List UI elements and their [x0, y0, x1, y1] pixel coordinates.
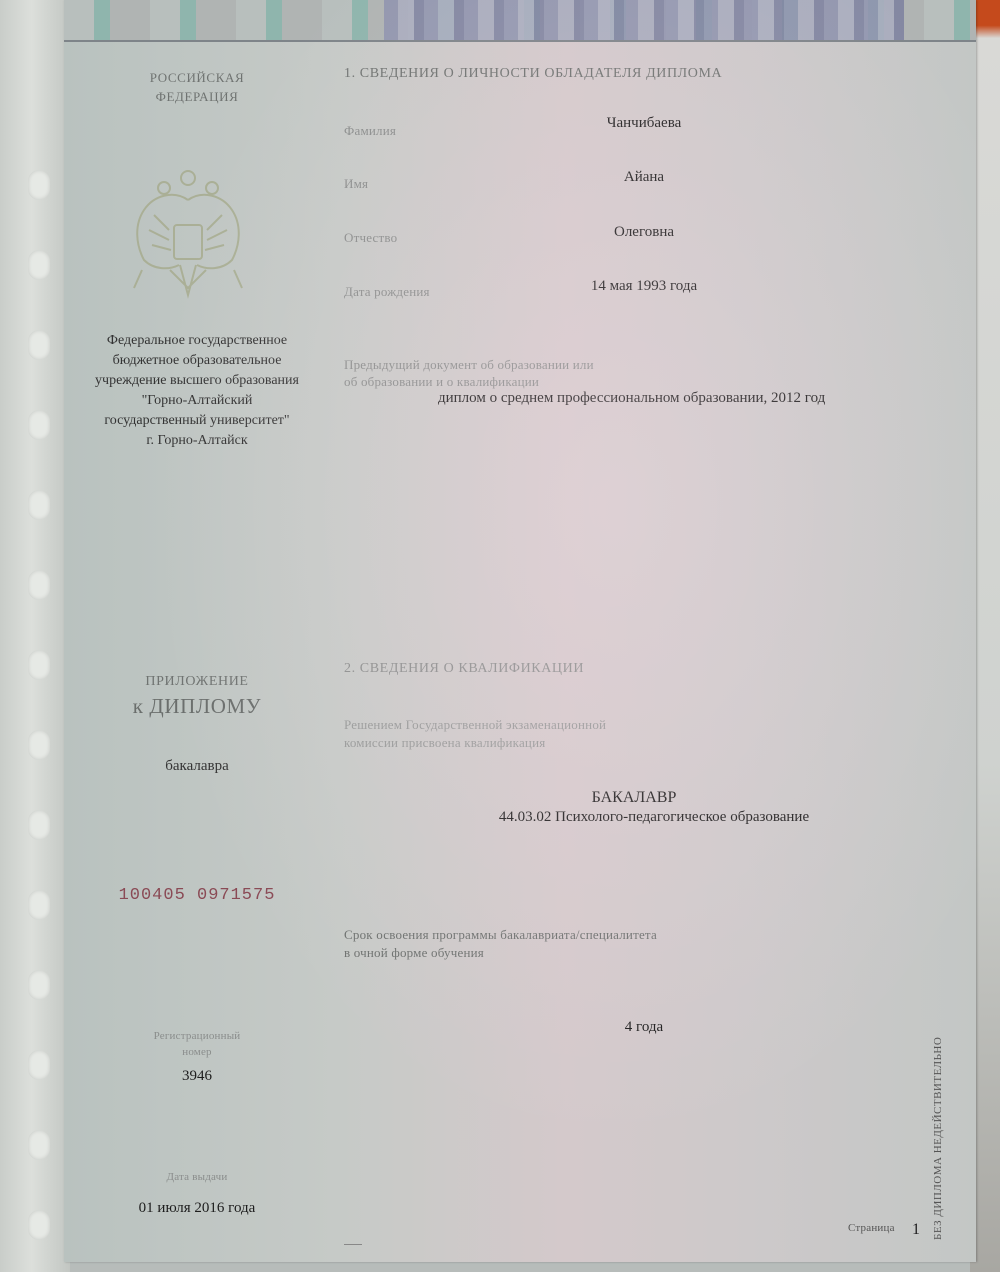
plastic-sleeve	[0, 0, 70, 1272]
punch-hole	[28, 330, 50, 360]
punch-hole	[28, 1130, 50, 1160]
birthdate-value: 14 мая 1993 года	[544, 278, 744, 295]
punch-hole	[28, 810, 50, 840]
page-label: Страница	[848, 1222, 895, 1234]
institution-line: "Горно-Алтайский	[64, 391, 330, 411]
section2-title: 2. СВЕДЕНИЯ О КВАЛИФИКАЦИИ	[344, 661, 584, 677]
punch-hole	[28, 1210, 50, 1240]
punch-hole	[28, 250, 50, 280]
institution-line: учреждение высшего образования	[64, 371, 330, 391]
punch-hole	[28, 170, 50, 200]
punch-hole	[28, 730, 50, 760]
prev-doc-label-line2: об образовании и о квалификации	[344, 373, 594, 390]
program-value: 44.03.02 Психолого-педагогическое образо…	[474, 809, 834, 826]
registration-label: Регистрационный номер	[64, 1028, 330, 1060]
serial-number: 100405 0971575	[64, 886, 330, 905]
issue-date-label: Дата выдачи	[64, 1171, 330, 1183]
duration-label-line2: в очной форме обучения	[344, 944, 657, 962]
russian-coat-of-arms-icon	[124, 170, 252, 300]
prev-doc-label: Предыдущий документ об образовании или о…	[344, 356, 594, 390]
punch-hole	[28, 410, 50, 440]
punch-hole	[28, 890, 50, 920]
validity-note: БЕЗ ДИПЛОМА НЕДЕЙСТВИТЕЛЬНО	[932, 1037, 944, 1240]
appendix-title-line1: ПРИЛОЖЕНИЕ	[64, 674, 330, 690]
duration-label: Срок освоения программы бакалавриата/спе…	[344, 926, 657, 962]
institution-line: г. Горно-Алтайск	[64, 431, 330, 451]
institution-line: государственный университет"	[64, 411, 330, 431]
institution-name: Федеральное государственное бюджетное об…	[64, 331, 330, 451]
issue-date: 01 июля 2016 года	[64, 1200, 330, 1217]
name-label: Имя	[344, 176, 368, 192]
decision-line2: комиссии присвоена квалификация	[344, 734, 606, 752]
qualification-decision-label: Решением Государственной экзаменационной…	[344, 716, 606, 752]
name-value: Айана	[544, 169, 744, 186]
punch-hole	[28, 970, 50, 1000]
patronymic-label: Отчество	[344, 230, 397, 246]
page-number: 1	[912, 1221, 920, 1239]
surname-value: Чанчибаева	[544, 115, 744, 132]
patronymic-value: Олеговна	[544, 224, 744, 241]
registration-number: 3946	[64, 1068, 330, 1085]
diploma-appendix-page: РОССИЙСКАЯ ФЕДЕРАЦИЯ Федеральное государ…	[64, 0, 976, 1262]
birthdate-label: Дата рождения	[344, 284, 430, 300]
punch-hole	[28, 490, 50, 520]
degree-level: бакалавра	[64, 758, 330, 775]
registration-label-line2: номер	[64, 1044, 330, 1060]
duration-value: 4 года	[544, 1019, 744, 1036]
country-name: РОССИЙСКАЯ ФЕДЕРАЦИЯ	[64, 68, 330, 106]
decision-line1: Решением Государственной экзаменационной	[344, 716, 606, 734]
registration-label-line1: Регистрационный	[64, 1028, 330, 1044]
duration-label-line1: Срок освоения программы бакалавриата/спе…	[344, 926, 657, 944]
qualification-value: БАКАЛАВР	[474, 789, 794, 807]
country-line2: ФЕДЕРАЦИЯ	[64, 87, 330, 106]
country-line1: РОССИЙСКАЯ	[64, 68, 330, 87]
punch-hole	[28, 570, 50, 600]
institution-line: бюджетное образовательное	[64, 351, 330, 371]
prev-doc-label-line1: Предыдущий документ об образовании или	[344, 356, 594, 373]
footer-mark	[344, 1244, 362, 1245]
institution-line: Федеральное государственное	[64, 331, 330, 351]
section1-title: 1. СВЕДЕНИЯ О ЛИЧНОСТИ ОБЛАДАТЕЛЯ ДИПЛОМ…	[344, 66, 722, 82]
appendix-title-line2: к ДИПЛОМУ	[64, 694, 330, 719]
surname-label: Фамилия	[344, 123, 396, 139]
ornamental-border	[64, 0, 976, 42]
punch-hole	[28, 1050, 50, 1080]
punch-hole	[28, 650, 50, 680]
prev-doc-value: диплом о среднем профессиональном образо…	[438, 390, 825, 407]
